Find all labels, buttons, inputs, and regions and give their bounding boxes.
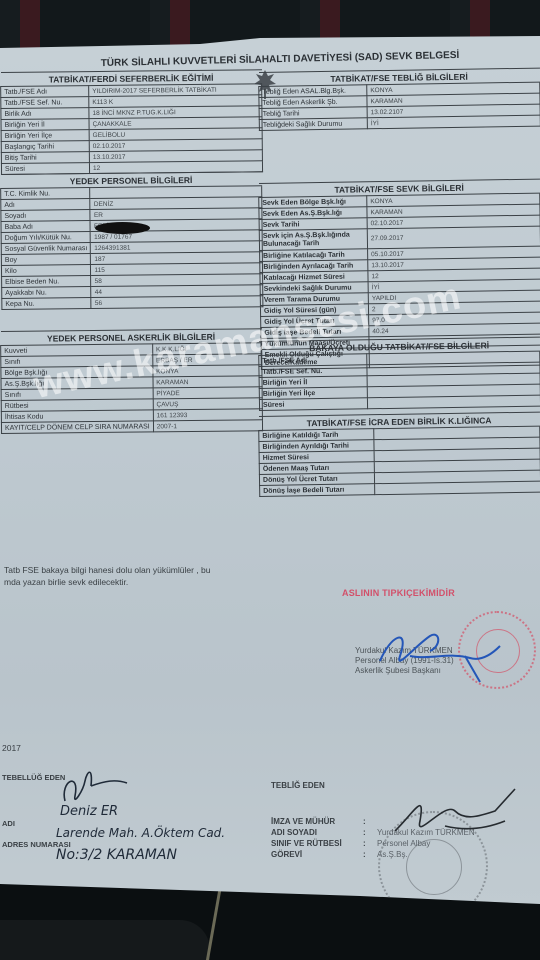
separator: : (363, 816, 377, 827)
tebellug-name-label: ADI (2, 819, 15, 828)
field-value: İYİ (367, 115, 540, 129)
officer-signature-icon (370, 616, 510, 686)
form-row: Kepa Nu.56 (2, 296, 263, 310)
teblig-field-key: ADI SOYADI (271, 827, 363, 838)
teblig-field-key: SINIF VE RÜTBESİ (271, 838, 363, 849)
seat-crease (206, 880, 223, 960)
teblig-bilgileri-table: TATBİKAT/FSE TEBLİĞ BİLGİLERİTebliğ Eden… (258, 68, 540, 131)
document-paper: TÜRK SİLAHLI KUVVETLERİ SİLAHALTI DAVETİ… (0, 36, 540, 906)
field-value: 27.09.2017 (367, 226, 540, 249)
handwritten-address-line-2: No:3/2 KARAMAN (56, 847, 177, 863)
field-value (367, 395, 540, 409)
footnote-line-1: Tatb FSE bakaya bilgi hanesi dolu olan y… (4, 564, 210, 576)
field-value (375, 481, 540, 495)
separator: : (363, 827, 377, 838)
field-value: 2007-1 (153, 420, 262, 432)
field-label: Süresi (259, 398, 367, 411)
field-label: Başlangıç Tarihi (1, 141, 89, 153)
field-label: Bitiş Tarihi (1, 152, 89, 164)
handwritten-name: Deniz ER (60, 804, 118, 819)
yedek-personel-table: YEDEK PERSONEL BİLGİLERİT.C. Kimlik Nu.A… (0, 171, 263, 310)
field-label: Kepa Nu. (2, 298, 92, 310)
seat-shape (0, 920, 210, 960)
teblig-field-key: GÖREVİ (271, 849, 363, 860)
tebellug-date: 2017 (2, 743, 21, 753)
tsk-emblem-icon (252, 68, 278, 100)
field-label: Tebliğdeki Sağlık Durumu (259, 118, 367, 131)
separator: : (363, 838, 377, 849)
field-label: KAYIT/CELP DÖNEM CELP SIRA NUMARASI (1, 421, 153, 434)
footnote: Tatb FSE bakaya bilgi hanesi dolu olan y… (4, 564, 210, 588)
field-label: Dönüş İaşe Bedeli Tutarı (260, 484, 375, 497)
teblig-field-key: İMZA VE MÜHÜR (271, 816, 363, 827)
document-title: TÜRK SİLAHLI KUVVETLERİ SİLAHALTI DAVETİ… (100, 50, 460, 69)
handwritten-address-line-1: Larende Mah. A.Öktem Cad. (56, 826, 225, 840)
field-label: Sevk için As.Ş.Bşk.lığında Bulunacağı Ta… (259, 229, 367, 251)
tatbikat-ferdi-table: TATBİKAT/FERDİ SEFERBERLİK EĞİTİMİTatb./… (0, 69, 263, 175)
separator: : (363, 849, 377, 860)
redacted-id-number (95, 222, 150, 234)
field-value: 56 (91, 296, 263, 309)
footnote-line-2: mda yazan birlie sevk edilecektir. (4, 576, 210, 588)
copy-certification-stamp: ASLININ TIPKIÇEKİMİDİR (342, 588, 455, 598)
teblig-eden-signature-icon (385, 781, 535, 851)
field-label: Birliğin Yeri İlçe (1, 130, 89, 142)
icra-eden-birlik-table: TATBİKAT/FSE İCRA EDEN BİRLİK K.LIĞINCAB… (258, 412, 540, 497)
teblig-eden-label: TEBLİĞ EDEN (271, 781, 325, 790)
form-row: KAYIT/CELP DÖNEM CELP SIRA NUMARASI2007-… (1, 420, 262, 434)
